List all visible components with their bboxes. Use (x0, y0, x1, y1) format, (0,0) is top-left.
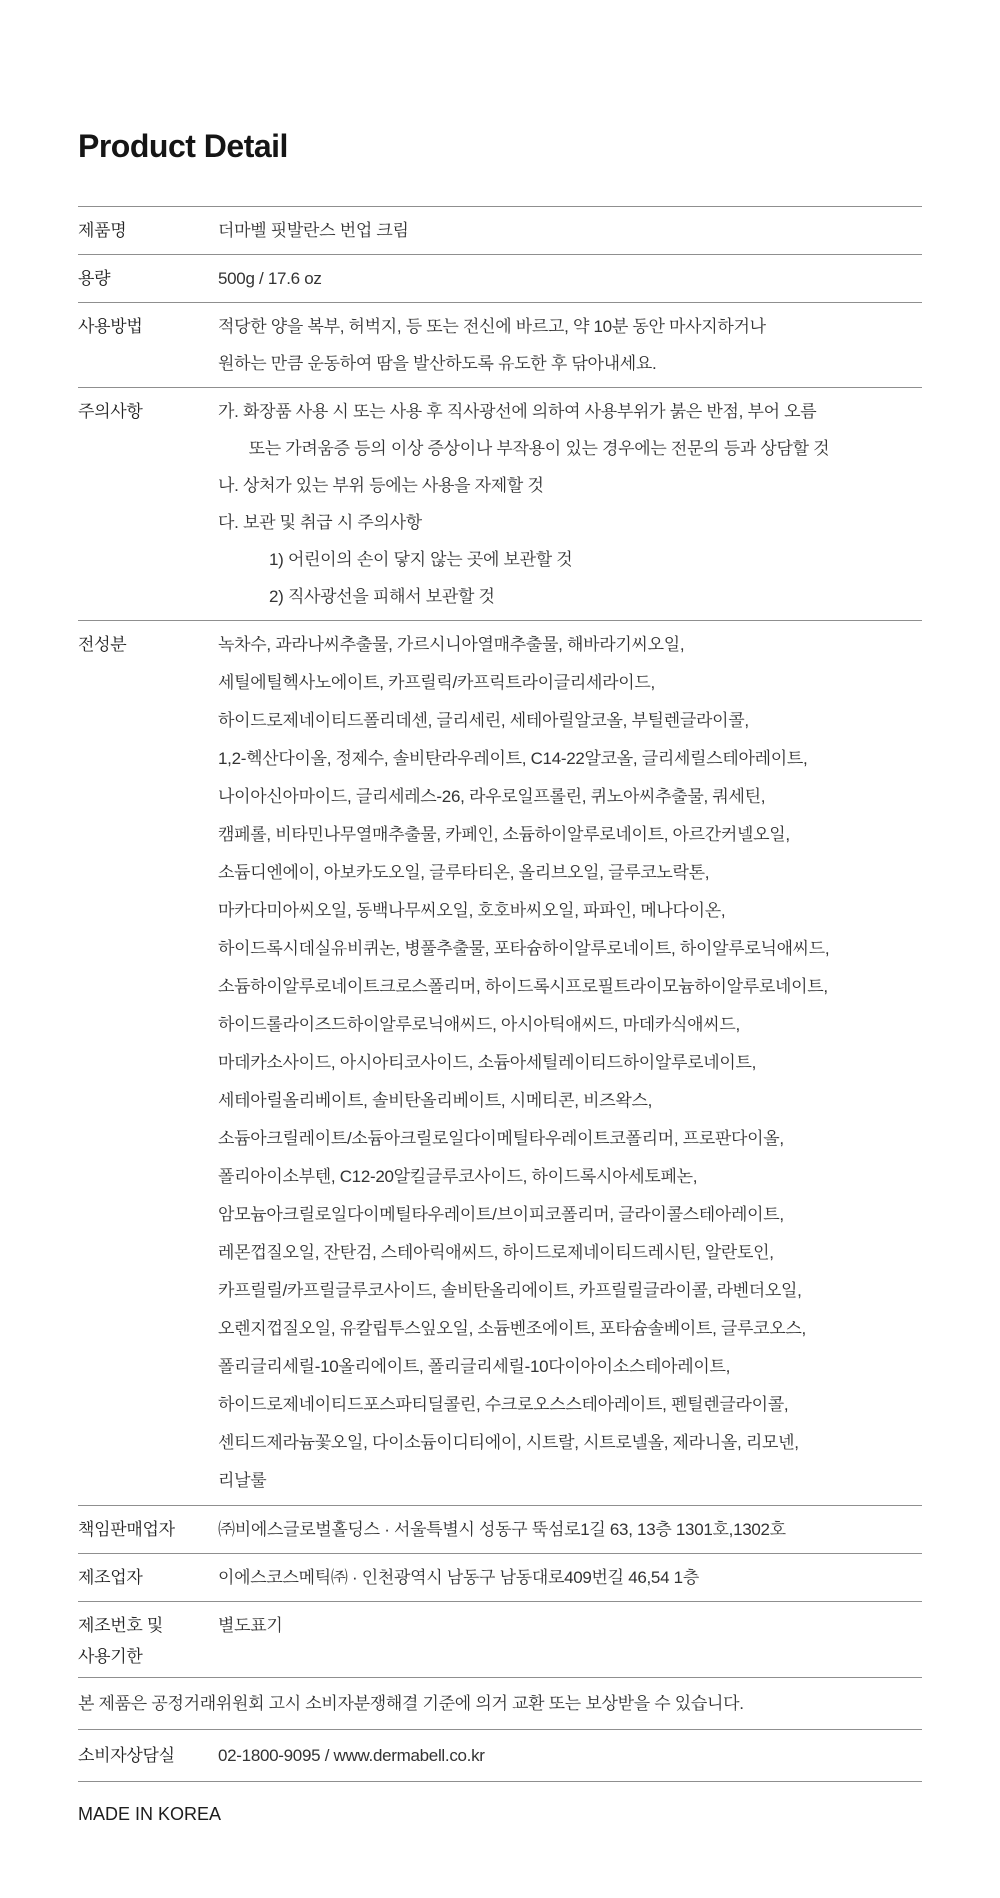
seller-label: 책임판매업자 (78, 1511, 218, 1548)
text-line: 2) 직사광선을 피해서 보관할 것 (218, 578, 922, 615)
product-detail-section: Product Detail 제품명 더마벨 핏발란스 번업 크림 용량 500… (78, 0, 922, 1875)
text-line: 02-1800-9095 / www.dermabell.co.kr (218, 1737, 922, 1774)
caution-value: 가. 화장품 사용 시 또는 사용 후 직사광선에 의하여 사용부위가 붉은 반… (218, 393, 922, 615)
made-in-korea-label: MADE IN KOREA (78, 1804, 922, 1875)
lot-number-value: 별도표기 (218, 1607, 922, 1672)
row-manufacturer: 제조업자 이에스코스메틱㈜ · 인천광역시 남동구 남동대로409번길 46,5… (78, 1553, 922, 1601)
lot-number-label: 제조번호 및 사용기한 (78, 1607, 218, 1672)
row-exchange-notice: 본 제품은 공정거래위원회 고시 소비자분쟁해결 기준에 의거 교환 또는 보상… (78, 1677, 922, 1729)
text-line: 리날룰 (218, 1462, 922, 1500)
text-line: 별도표기 (218, 1607, 922, 1644)
customer-service-value: 02-1800-9095 / www.dermabell.co.kr (218, 1737, 922, 1774)
product-name-value: 더마벨 핏발란스 번업 크림 (218, 212, 922, 249)
product-name-label: 제품명 (78, 212, 218, 249)
text-line: 하이드롤라이즈드하이알루로닉애씨드, 아시아틱애씨드, 마데카식애씨드, (218, 1006, 922, 1044)
customer-service-label: 소비자상담실 (78, 1737, 218, 1774)
row-customer-service: 소비자상담실 02-1800-9095 / www.dermabell.co.k… (78, 1729, 922, 1781)
row-product-name: 제품명 더마벨 핏발란스 번업 크림 (78, 206, 922, 254)
text-line: 적당한 양을 복부, 허벅지, 등 또는 전신에 바르고, 약 10분 동안 마… (218, 308, 922, 345)
manufacturer-label: 제조업자 (78, 1559, 218, 1596)
text-line: 폴리아이소부텐, C12-20알킬글루코사이드, 하이드록시아세토페논, (218, 1158, 922, 1196)
row-ingredients: 전성분 녹차수, 과라나씨추출물, 가르시니아열매추출물, 해바라기씨오일,세틸… (78, 620, 922, 1505)
text-line: 나이아신아마이드, 글리세레스-26, 라우로일프롤린, 퀴노아씨추출물, 쿼세… (218, 778, 922, 816)
ingredients-label: 전성분 (78, 626, 218, 1500)
text-line: 소듐하이알루로네이트크로스폴리머, 하이드록시프로필트라이모늄하이알루로네이트, (218, 968, 922, 1006)
caution-label: 주의사항 (78, 393, 218, 615)
ingredients-value: 녹차수, 과라나씨추출물, 가르시니아열매추출물, 해바라기씨오일,세틸에틸헥사… (218, 626, 922, 1500)
text-line: 캠페롤, 비타민나무열매추출물, 카페인, 소듐하이알루로네이트, 아르간커넬오… (218, 816, 922, 854)
text-line: 소듐디엔에이, 아보카도오일, 글루타티온, 올리브오일, 글루코노락톤, (218, 854, 922, 892)
text-line: 마카다미아씨오일, 동백나무씨오일, 호호바씨오일, 파파인, 메나다이온, (218, 892, 922, 930)
page-title: Product Detail (78, 124, 922, 168)
text-line: 나. 상처가 있는 부위 등에는 사용을 자제할 것 (218, 467, 922, 504)
text-line: 레몬껍질오일, 잔탄검, 스테아릭애씨드, 하이드로제네이티드레시틴, 알란토인… (218, 1234, 922, 1272)
text-line: 또는 가려움증 등의 이상 증상이나 부작용이 있는 경우에는 전문의 등과 상… (218, 430, 922, 467)
text-line: 마데카소사이드, 아시아티코사이드, 소듐아세틸레이티드하이알루로네이트, (218, 1044, 922, 1082)
text-line: 카프릴릴/카프릴글루코사이드, 솔비탄올리에이트, 카프릴릴글라이콜, 라벤더오… (218, 1272, 922, 1310)
manufacturer-value: 이에스코스메틱㈜ · 인천광역시 남동구 남동대로409번길 46,54 1층 (218, 1559, 922, 1596)
text-line: 500g / 17.6 oz (218, 260, 922, 297)
text-line: 오렌지껍질오일, 유칼립투스잎오일, 소듐벤조에이트, 포타슘솔베이트, 글루코… (218, 1310, 922, 1348)
row-seller: 책임판매업자 ㈜비에스글로벌홀딩스 · 서울특별시 성동구 뚝섬로1길 63, … (78, 1505, 922, 1553)
text-line: 세테아릴올리베이트, 솔비탄올리베이트, 시메티콘, 비즈왁스, (218, 1082, 922, 1120)
text-line: 하이드록시데실유비퀴논, 병풀추출물, 포타슘하이알루로네이트, 하이알루로닉애… (218, 930, 922, 968)
text-line: 세틸에틸헥사노에이트, 카프릴릭/카프릭트라이글리세라이드, (218, 664, 922, 702)
text-line: 가. 화장품 사용 시 또는 사용 후 직사광선에 의하여 사용부위가 붉은 반… (218, 393, 922, 430)
text-line: 암모늄아크릴로일다이메틸타우레이트/브이피코폴리머, 글라이콜스테아레이트, (218, 1196, 922, 1234)
row-usage: 사용방법 적당한 양을 복부, 허벅지, 등 또는 전신에 바르고, 약 10분… (78, 302, 922, 387)
text-line: ㈜비에스글로벌홀딩스 · 서울특별시 성동구 뚝섬로1길 63, 13층 130… (218, 1511, 922, 1548)
text-line: 폴리글리세릴-10올리에이트, 폴리글리세릴-10다이아이소스테아레이트, (218, 1348, 922, 1386)
row-volume: 용량 500g / 17.6 oz (78, 254, 922, 302)
row-caution: 주의사항 가. 화장품 사용 시 또는 사용 후 직사광선에 의하여 사용부위가… (78, 387, 922, 620)
text-line: 하이드로제네이티드폴리데센, 글리세린, 세테아릴알코올, 부틸렌글라이콜, (218, 702, 922, 740)
row-lot-number: 제조번호 및 사용기한 별도표기 (78, 1601, 922, 1677)
text-line: 녹차수, 과라나씨추출물, 가르시니아열매추출물, 해바라기씨오일, (218, 626, 922, 664)
product-spec-table: 제품명 더마벨 핏발란스 번업 크림 용량 500g / 17.6 oz 사용방… (78, 206, 922, 1782)
text-line: 더마벨 핏발란스 번업 크림 (218, 212, 922, 249)
text-line: 1) 어린이의 손이 닿지 않는 곳에 보관할 것 (218, 541, 922, 578)
text-line: 소듐아크릴레이트/소듐아크릴로일다이메틸타우레이트코폴리머, 프로판다이올, (218, 1120, 922, 1158)
text-line: 하이드로제네이티드포스파티딜콜린, 수크로오스스테아레이트, 펜틸렌글라이콜, (218, 1386, 922, 1424)
text-line: 이에스코스메틱㈜ · 인천광역시 남동구 남동대로409번길 46,54 1층 (218, 1559, 922, 1596)
usage-label: 사용방법 (78, 308, 218, 382)
text-line: 1,2-헥산다이올, 정제수, 솔비탄라우레이트, C14-22알코올, 글리세… (218, 740, 922, 778)
text-line: 다. 보관 및 취급 시 주의사항 (218, 504, 922, 541)
seller-value: ㈜비에스글로벌홀딩스 · 서울특별시 성동구 뚝섬로1길 63, 13층 130… (218, 1511, 922, 1548)
text-line: 센티드제라늄꽃오일, 다이소듐이디티에이, 시트랄, 시트로넬올, 제라니올, … (218, 1424, 922, 1462)
volume-value: 500g / 17.6 oz (218, 260, 922, 297)
volume-label: 용량 (78, 260, 218, 297)
usage-value: 적당한 양을 복부, 허벅지, 등 또는 전신에 바르고, 약 10분 동안 마… (218, 308, 922, 382)
text-line: 원하는 만큼 운동하여 땀을 발산하도록 유도한 후 닦아내세요. (218, 345, 922, 382)
